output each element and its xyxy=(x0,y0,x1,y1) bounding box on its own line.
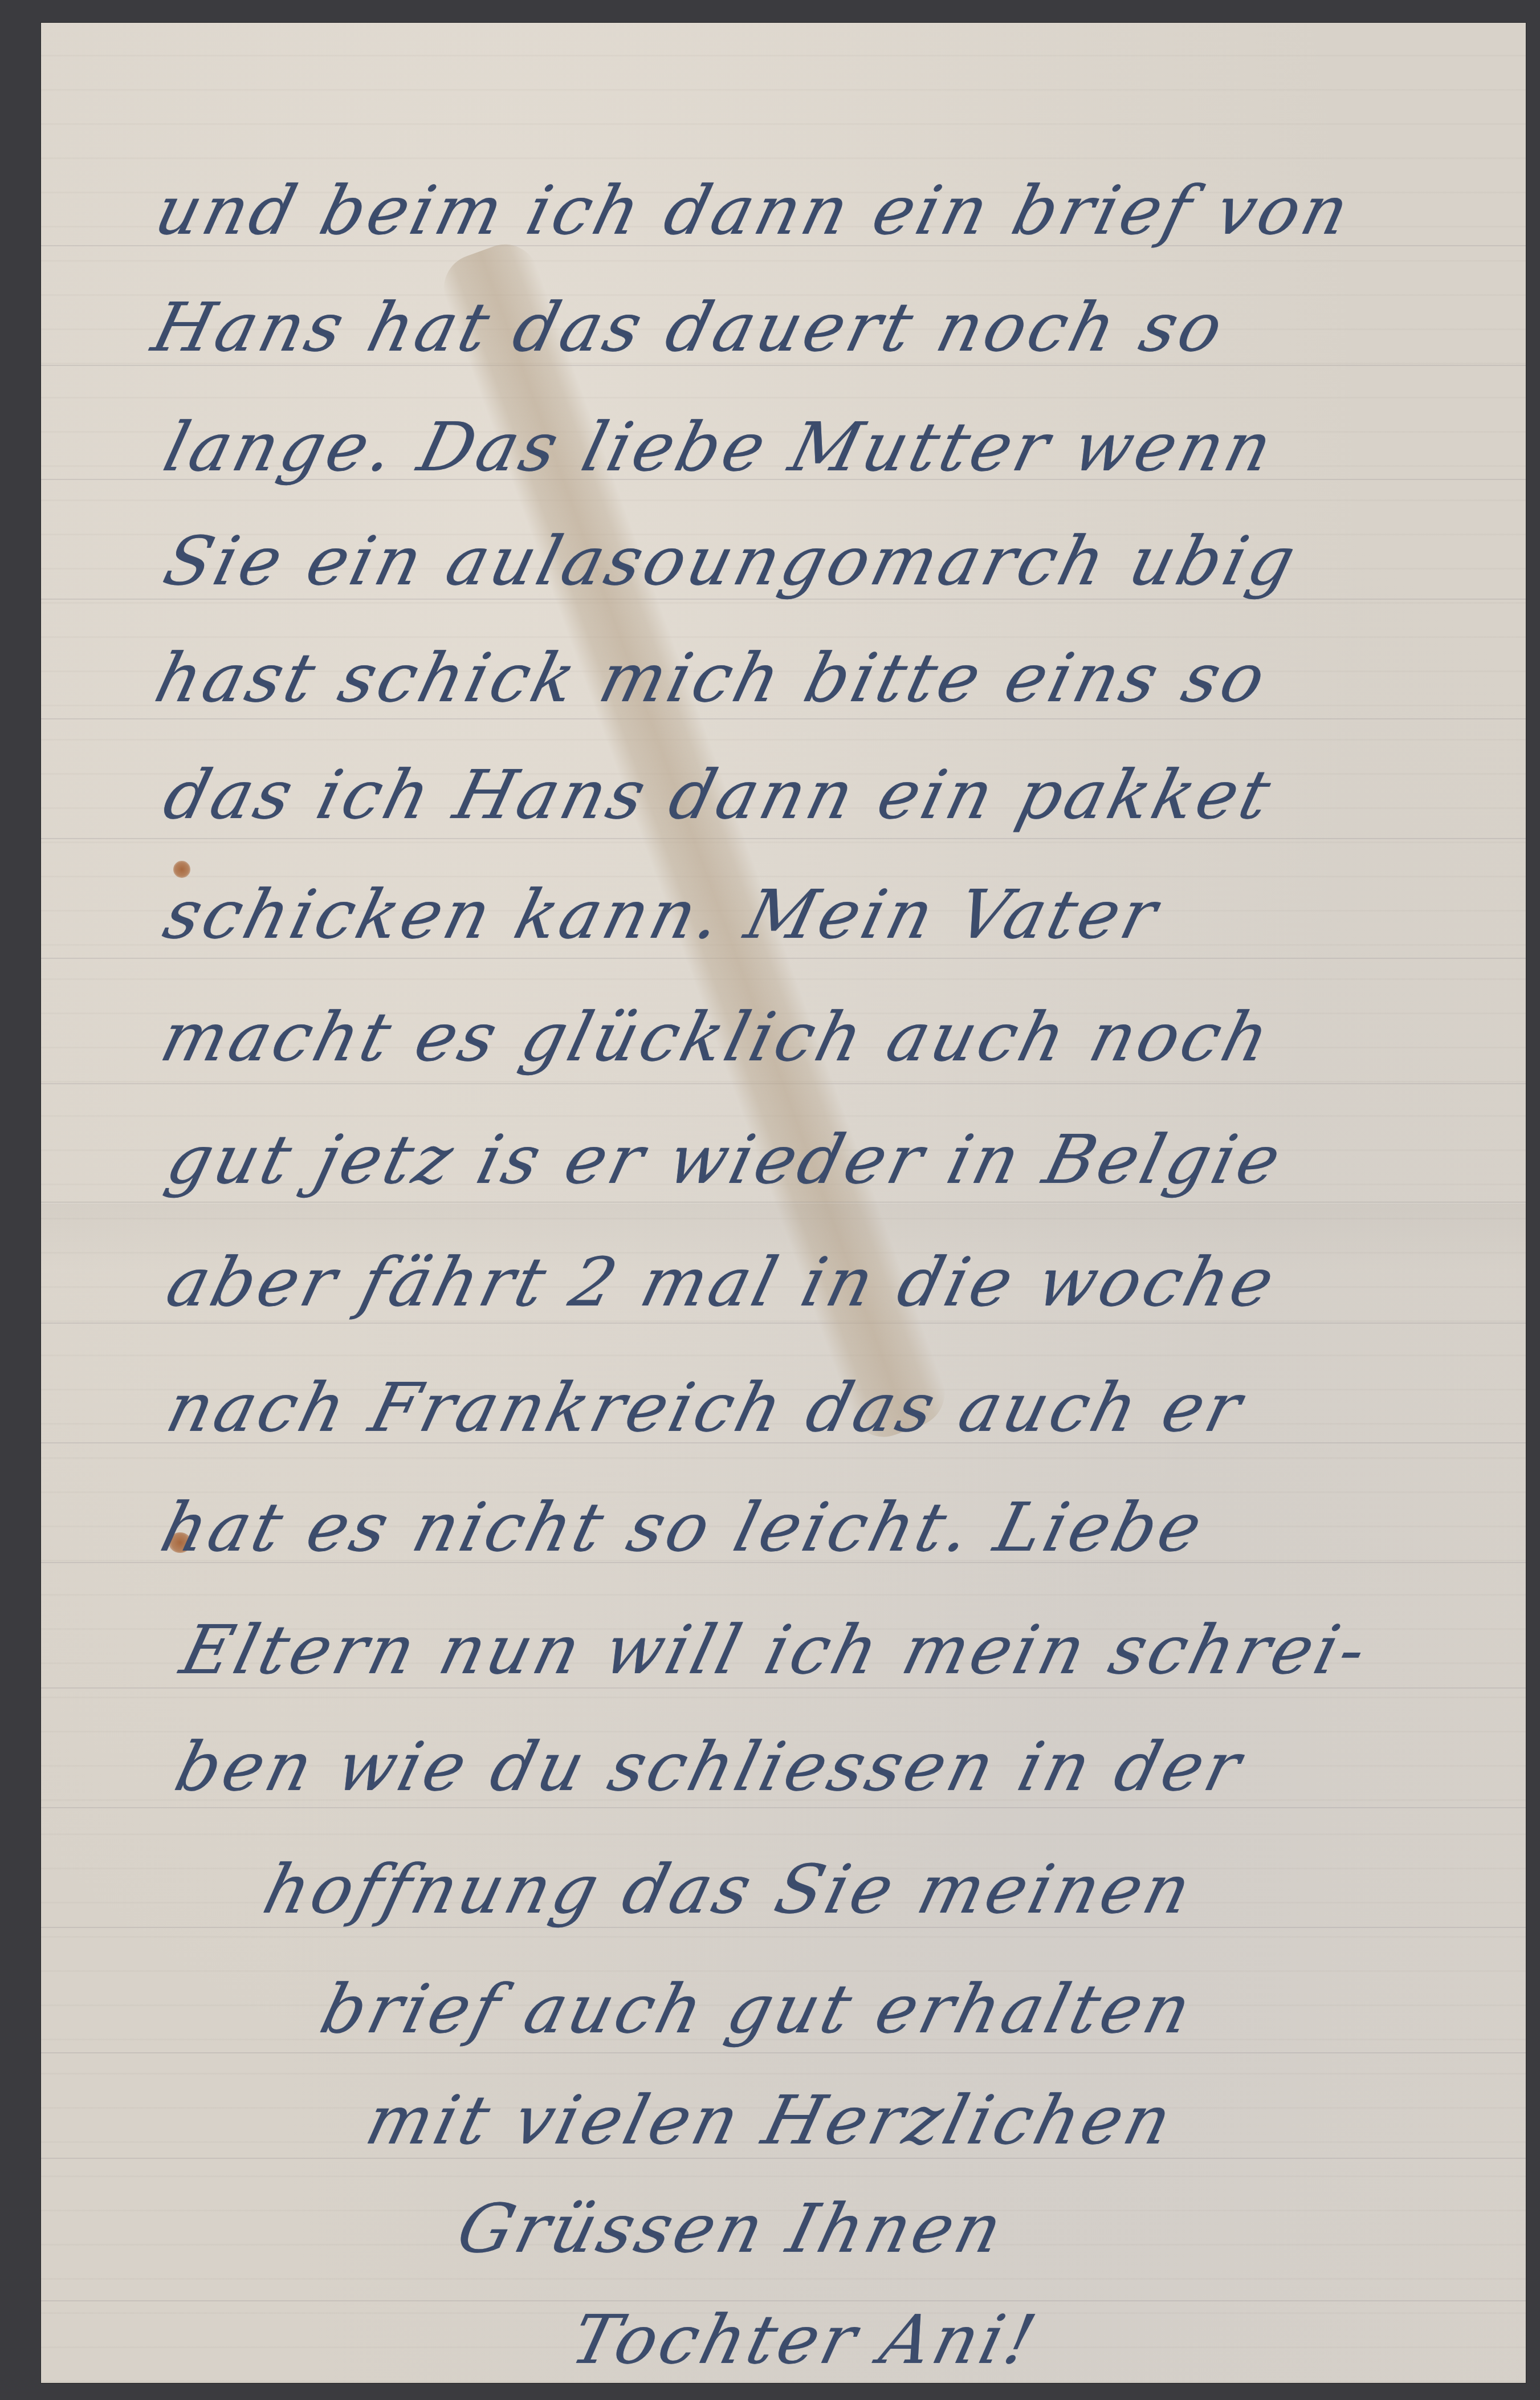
body-line: hast schick mich bitte eins so xyxy=(149,644,1275,711)
body-line: ben wie du schliessen in der xyxy=(169,1733,1250,1800)
body-line: Eltern nun will ich mein schrei- xyxy=(175,1616,1375,1683)
letter-body: und beim ich dann ein brief von Hans hat… xyxy=(41,23,1526,2383)
closing-line: hoffnung das Sie meinen xyxy=(258,1856,1200,1923)
letter-paper: und beim ich dann ein brief von Hans hat… xyxy=(41,23,1526,2383)
closing-line: brief auch gut erhalten xyxy=(315,1975,1200,2043)
body-line: hat es nicht so leicht. Liebe xyxy=(155,1494,1212,1561)
body-line: gut jetz is er wieder in Belgie xyxy=(161,1126,1290,1193)
body-line: Hans hat das dauert noch so xyxy=(146,294,1232,361)
body-line: schicken kann. Mein Vater xyxy=(158,881,1167,948)
body-line: macht es glücklich auch noch xyxy=(155,1003,1279,1071)
signature: Tochter Ani! xyxy=(565,2306,1045,2373)
body-line: und beim ich dann ein brief von xyxy=(149,177,1358,244)
body-line: das ich Hans dann ein pakket xyxy=(158,761,1280,828)
body-line: Sie ein aulasoungomarch ubig xyxy=(158,527,1305,595)
body-line: nach Frankreich das auch er xyxy=(161,1374,1251,1441)
closing-line: mit vielen Herzlichen xyxy=(360,2086,1181,2154)
body-line: lange. Das liebe Mutter wenn xyxy=(158,413,1281,481)
closing-line: Grüssen Ihnen xyxy=(451,2195,1012,2262)
body-line: aber fährt 2 mal in die woche xyxy=(161,1248,1284,1316)
